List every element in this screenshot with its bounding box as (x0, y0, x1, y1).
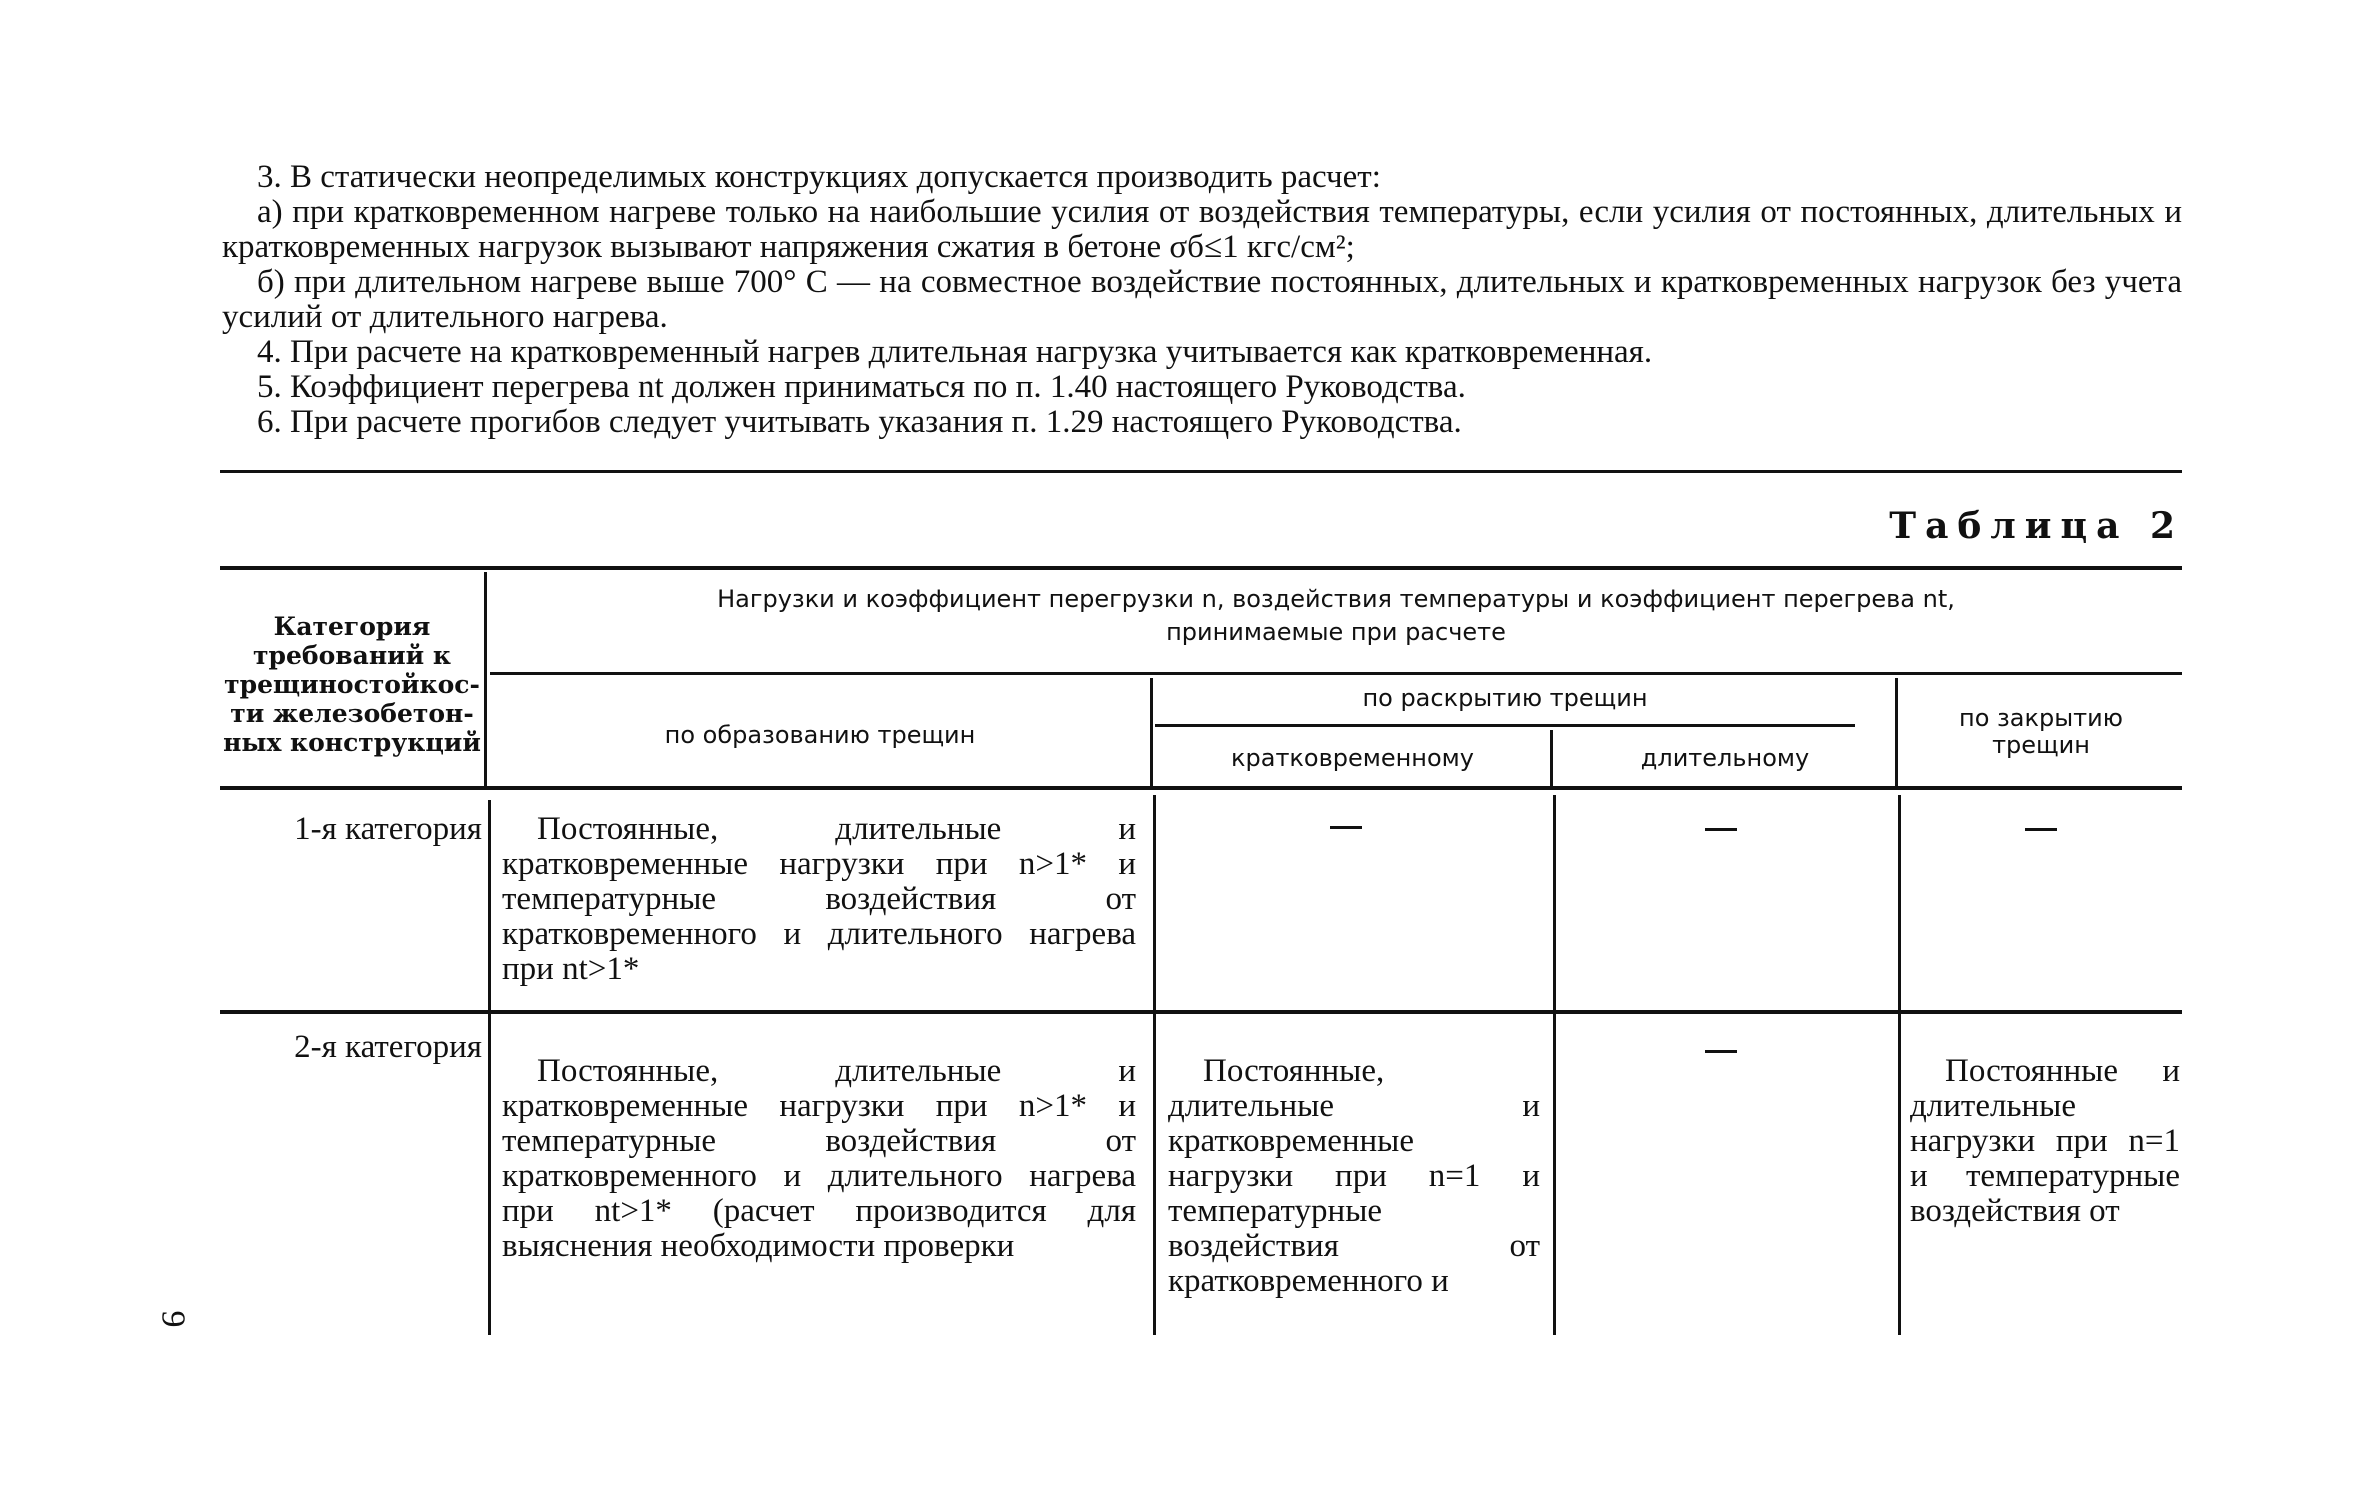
row-2-formation: Постоянные, длительные и кратковременные… (502, 1054, 1136, 1264)
table-title: Таблица 2 (1889, 505, 2184, 547)
paragraph-4: 4. При расчете на кратковременный нагрев… (222, 335, 2182, 370)
header-category-line: ных конструкций (222, 728, 482, 757)
header-category-line: Категория (222, 612, 482, 641)
header-opening-short: кратковременному (1155, 745, 1550, 772)
col-divider-4 (1895, 678, 1898, 786)
col-divider-4-body (1898, 795, 1901, 1335)
paragraph-3a: а) при кратковременном нагреве только на… (222, 195, 2182, 265)
col-divider-2 (1150, 678, 1153, 786)
row-1-formation: Постоянные, длительные и кратковременные… (502, 812, 1136, 987)
paragraph-5: 5. Коэффициент перегрева nt должен прини… (222, 370, 2182, 405)
paragraph-3b: б) при длительном нагреве выше 700° С — … (222, 265, 2182, 335)
header-closing-line-1: по закрытию (1900, 705, 2182, 732)
header-group-line-1: Нагрузки и коэффициент перегрузки n, воз… (490, 586, 2182, 613)
header-group: Нагрузки и коэффициент перегрузки n, воз… (490, 586, 2182, 646)
header-formation: по образованию трещин (490, 722, 1150, 749)
header-closing-line-2: трещин (1900, 732, 2182, 759)
row-2-closing: Постоянные и длительные нагрузки при n=1… (1910, 1054, 2180, 1229)
table-top-rule (220, 566, 2182, 570)
body-text-block: 3. В статически неопределимых конструкци… (222, 160, 2182, 440)
header-closing: по закрытию трещин (1900, 705, 2182, 759)
header-opening-long: длительному (1555, 745, 1895, 772)
header-group-line-2: принимаемые при расчете (490, 619, 2182, 646)
row-1-category: 1-я категория (222, 812, 482, 847)
col-divider-1-body (488, 800, 491, 1335)
row-2-opening-long-dash (1705, 1050, 1737, 1053)
section-divider (220, 470, 2182, 473)
header-category: Категория требований к трещиностойкос- т… (222, 612, 482, 757)
header-bottom-rule (220, 786, 2182, 790)
header-opening: по раскрытию трещин (1155, 685, 1855, 712)
header-opening-rule (1155, 724, 1855, 727)
row-1-opening-long-dash (1705, 828, 1737, 831)
page-number: 9 (154, 1311, 192, 1328)
paragraph-6: 6. При расчете прогибов следует учитыват… (222, 405, 2182, 440)
header-category-line: требований к (222, 641, 482, 670)
header-category-line: ти железобетон- (222, 699, 482, 728)
col-divider-2-body (1153, 795, 1156, 1335)
row-1-bottom-rule (220, 1010, 2182, 1014)
col-divider-1 (484, 572, 487, 786)
row-2-opening-short: Постоянные, длительные и кратковременные… (1168, 1054, 1540, 1299)
col-divider-3-body (1553, 795, 1556, 1335)
paragraph-3: 3. В статически неопределимых конструкци… (222, 160, 2182, 195)
header-category-line: трещиностойкос- (222, 670, 482, 699)
row-1-closing-dash (2025, 828, 2057, 831)
row-2-category: 2-я категория (222, 1030, 482, 1065)
header-group-rule (490, 672, 2182, 675)
row-1-opening-short-dash (1330, 826, 1362, 829)
col-divider-3 (1550, 730, 1553, 786)
